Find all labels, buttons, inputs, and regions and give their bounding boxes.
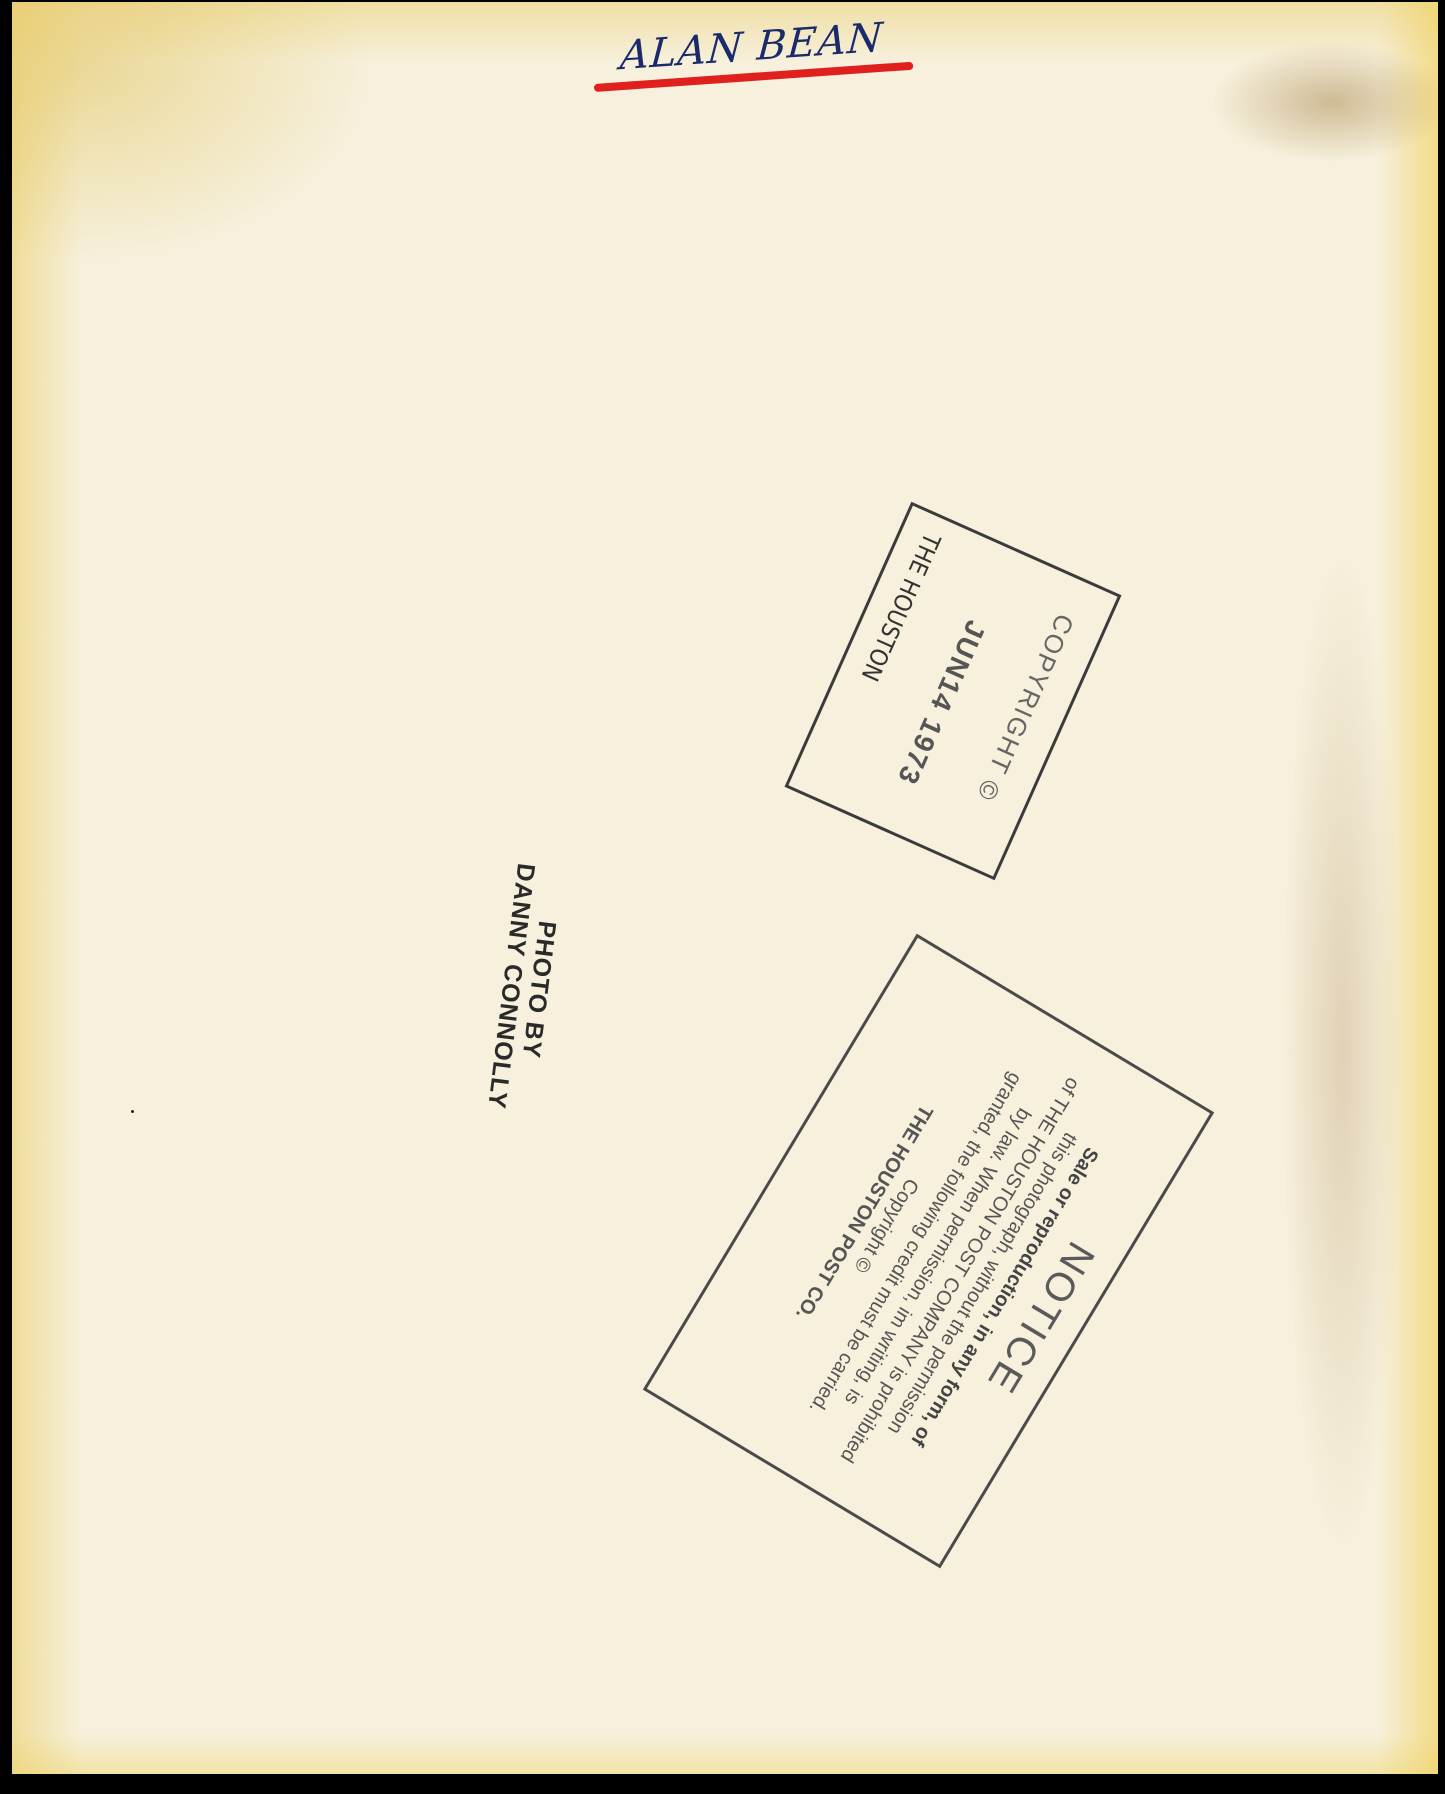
copyright-date: JUN14 1973	[891, 615, 992, 790]
photo-back-paper	[12, 2, 1438, 1774]
ink-speck	[131, 1110, 134, 1113]
handwritten-caption: ALAN BEAN	[612, 22, 912, 102]
